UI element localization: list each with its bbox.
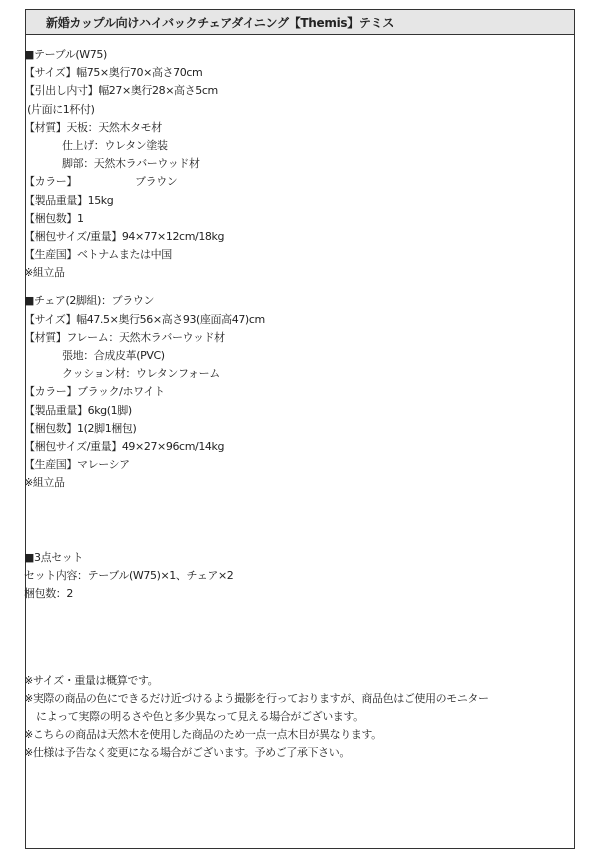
table-finish: 仕上げ：ウレタン塗装 [24, 137, 590, 155]
chair-package-count: 【梱包数】1(2脚1梱包) [24, 420, 590, 438]
table-material: 【材質】天板：天然木タモ材 [24, 119, 590, 137]
chair-upholstery: 張地：合成皮革(PVC) [24, 347, 590, 365]
table-package-count: 【梱包数】1 [24, 210, 590, 228]
note-color-cont: によって実際の明るさや色と多少異なって見える場合がございます。 [24, 708, 489, 726]
table-color-label: 【カラー】 [24, 175, 77, 188]
set-spec-section: ■3点セット セット内容：テーブル(W75)×1、チェア×2 梱包数：2 [24, 549, 233, 604]
chair-assembly: ※組立品 [24, 474, 590, 492]
table-weight: 【製品重量】15kg [24, 192, 590, 210]
table-color-value: ブラウン [135, 175, 177, 188]
set-heading: ■3点セット [24, 549, 233, 567]
table-spec-section: ■テーブル(W75) 【サイズ】幅75×奥行70×高さ70cm 【引出し内寸】幅… [24, 46, 590, 282]
header-bar: 新婚カップル向けハイバックチェアダイニング【Themis】テミス [26, 10, 574, 35]
chair-cushion: クッション材：ウレタンフォーム [24, 365, 590, 383]
chair-spec-section: ■チェア(2脚組)：ブラウン 【サイズ】幅47.5×奥行56×高さ93(座面高4… [24, 292, 590, 492]
chair-weight: 【製品重量】6kg(1脚) [24, 402, 590, 420]
table-drawer-size: 【引出し内寸】幅27×奥行28×高さ5cm [24, 82, 590, 100]
chair-size: 【サイズ】幅47.5×奥行56×高さ93(座面高47)cm [24, 311, 590, 329]
spec-content: ■テーブル(W75) 【サイズ】幅75×奥行70×高さ70cm 【引出し内寸】幅… [24, 46, 590, 503]
chair-origin: 【生産国】マレーシア [24, 456, 590, 474]
note-wood-grain: ※こちらの商品は天然木を使用した商品のため一点一点木目が異なります。 [24, 726, 489, 744]
chair-color: 【カラー】ブラック/ホワイト [24, 383, 590, 401]
table-drawer-note: (片面に1杯付) [24, 101, 590, 119]
note-approximate: ※サイズ・重量は概算です。 [24, 672, 489, 690]
chair-material: 【材質】フレーム：天然木ラバーウッド材 [24, 329, 590, 347]
table-size: 【サイズ】幅75×奥行70×高さ70cm [24, 64, 590, 82]
note-spec-change: ※仕様は予告なく変更になる場合がございます。予めご了承下さい。 [24, 744, 489, 762]
notes-section: ※サイズ・重量は概算です。 ※実際の商品の色にできるだけ近づけるよう撮影を行って… [24, 672, 489, 762]
chair-heading: ■チェア(2脚組)：ブラウン [24, 292, 590, 310]
set-contents: セット内容：テーブル(W75)×1、チェア×2 [24, 567, 233, 585]
chair-package-size: 【梱包サイズ/重量】49×27×96cm/14kg [24, 438, 590, 456]
table-heading: ■テーブル(W75) [24, 46, 590, 64]
page-title: 新婚カップル向けハイバックチェアダイニング【Themis】テミス [46, 14, 394, 31]
table-package-size: 【梱包サイズ/重量】94×77×12cm/18kg [24, 228, 590, 246]
table-origin: 【生産国】ベトナムまたは中国 [24, 246, 590, 264]
table-assembly: ※組立品 [24, 264, 590, 282]
note-color: ※実際の商品の色にできるだけ近づけるよう撮影を行っておりますが、商品色はご使用の… [24, 690, 489, 708]
table-color: 【カラー】ブラウン [24, 173, 590, 191]
set-package-count: 梱包数：2 [24, 585, 233, 603]
table-legs: 脚部：天然木ラバーウッド材 [24, 155, 590, 173]
